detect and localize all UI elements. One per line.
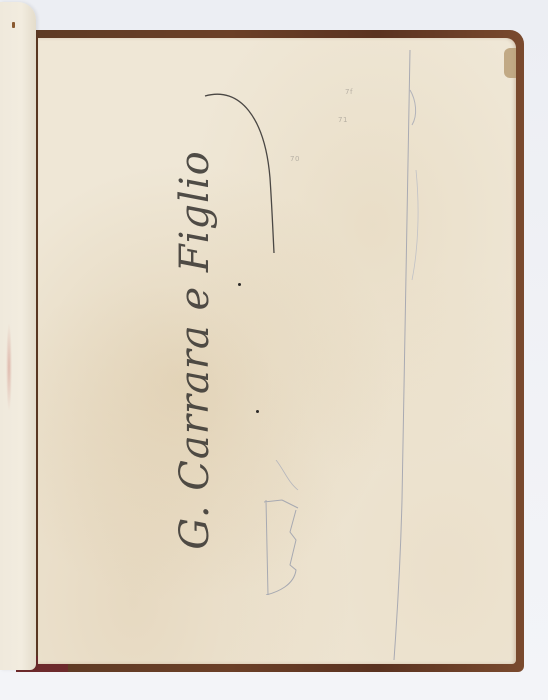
pencil-sketch [258, 460, 308, 595]
handwritten-inscription: G. Carrara e Figlio [172, 150, 218, 549]
faint-note: 71 [338, 116, 348, 124]
book: 7f 70 71 G. Carrara e Figlio [0, 0, 548, 700]
faint-note: 70 [290, 155, 300, 163]
stain-mark [12, 22, 15, 28]
faint-note: 7f [345, 88, 353, 96]
ink-dot [238, 283, 241, 286]
faint-pencil-line [390, 50, 420, 660]
red-stain [6, 322, 12, 412]
ink-dot [256, 410, 259, 413]
worn-corner [504, 48, 516, 78]
flyleaf-page [0, 2, 36, 670]
